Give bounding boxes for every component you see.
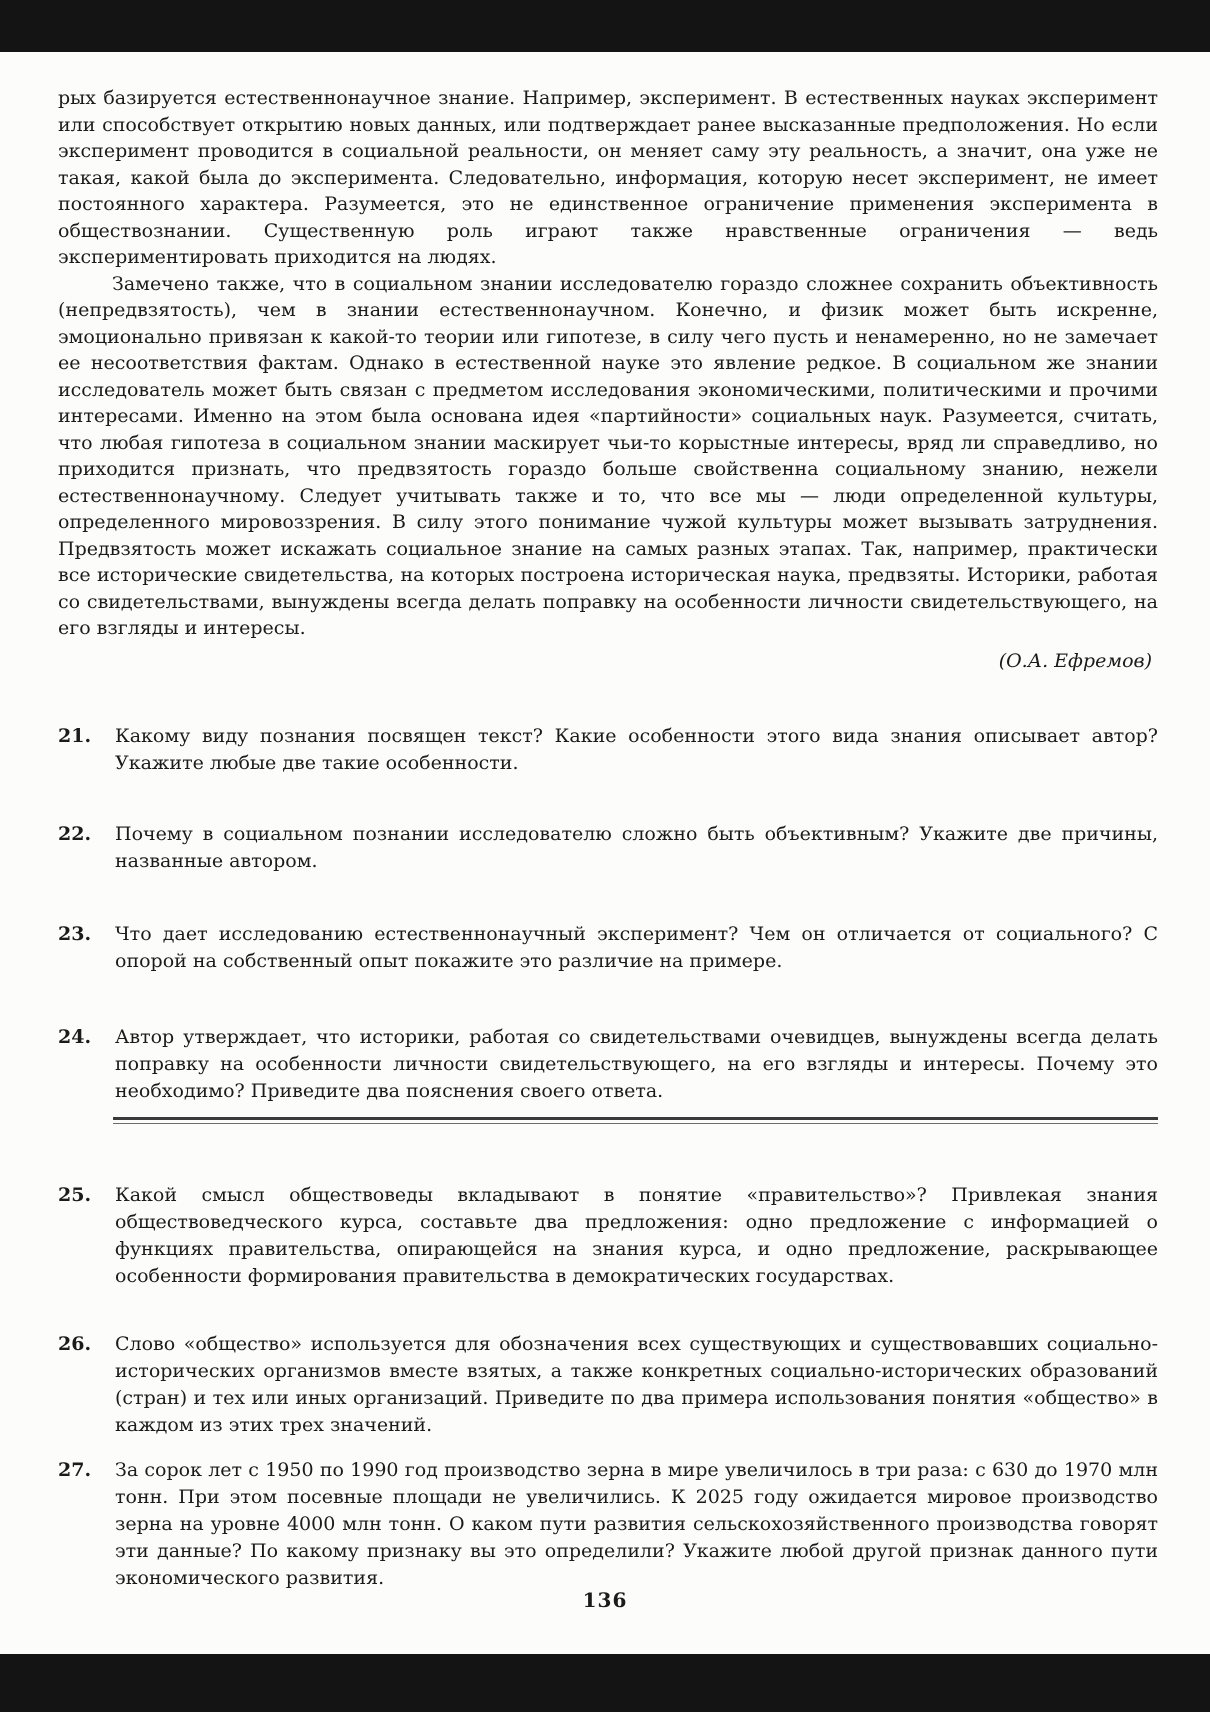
question-25-number: 25. [58,1182,115,1290]
question-22-text: Почему в социальном познании исследовате… [115,821,1158,875]
question-23-text: Что дает исследованию естественнонаучный… [115,921,1158,975]
passage-paragraph-continued: рых базируется естественнонаучное знание… [58,85,1158,271]
question-26-number: 26. [58,1331,115,1439]
question-22: 22. Почему в социальном познании исследо… [58,821,1158,875]
question-27-number: 27. [58,1457,115,1592]
passage-paragraph-second: Замечено также, что в социальном знании … [58,271,1158,642]
question-21-text: Какому виду познания посвящен текст? Как… [115,723,1158,777]
question-24-text: Автор утверждает, что историки, работая … [115,1024,1158,1105]
question-24-number: 24. [58,1024,115,1105]
question-25: 25. Какой смысл обществоведы вкладывают … [58,1182,1158,1290]
scan-edge-top [0,0,1210,52]
question-23: 23. Что дает исследованию естественнонау… [58,921,1158,975]
question-23-number: 23. [58,921,115,975]
page-content: рых базируется естественнонаучное знание… [58,52,1158,1592]
question-22-number: 22. [58,821,115,875]
question-26: 26. Слово «общество» используется для об… [58,1331,1158,1439]
question-25-text: Какой смысл обществоведы вкладывают в по… [115,1182,1158,1290]
question-27-text: За сорок лет с 1950 по 1990 год производ… [115,1457,1158,1592]
reading-passage: рых базируется естественнонаучное знание… [58,85,1158,642]
question-26-text: Слово «общество» используется для обозна… [115,1331,1158,1439]
author-attribution: (О.А. Ефремов) [58,648,1158,675]
scan-edge-bottom [0,1654,1210,1712]
question-27: 27. За сорок лет с 1950 по 1990 год прои… [58,1457,1158,1592]
question-21: 21. Какому виду познания посвящен текст?… [58,723,1158,777]
question-21-number: 21. [58,723,115,777]
section-divider-rule [113,1117,1158,1124]
page-number: 136 [0,1588,1210,1612]
question-24: 24. Автор утверждает, что историки, рабо… [58,1024,1158,1105]
scanned-textbook-page: рых базируется естественнонаучное знание… [0,0,1210,1712]
